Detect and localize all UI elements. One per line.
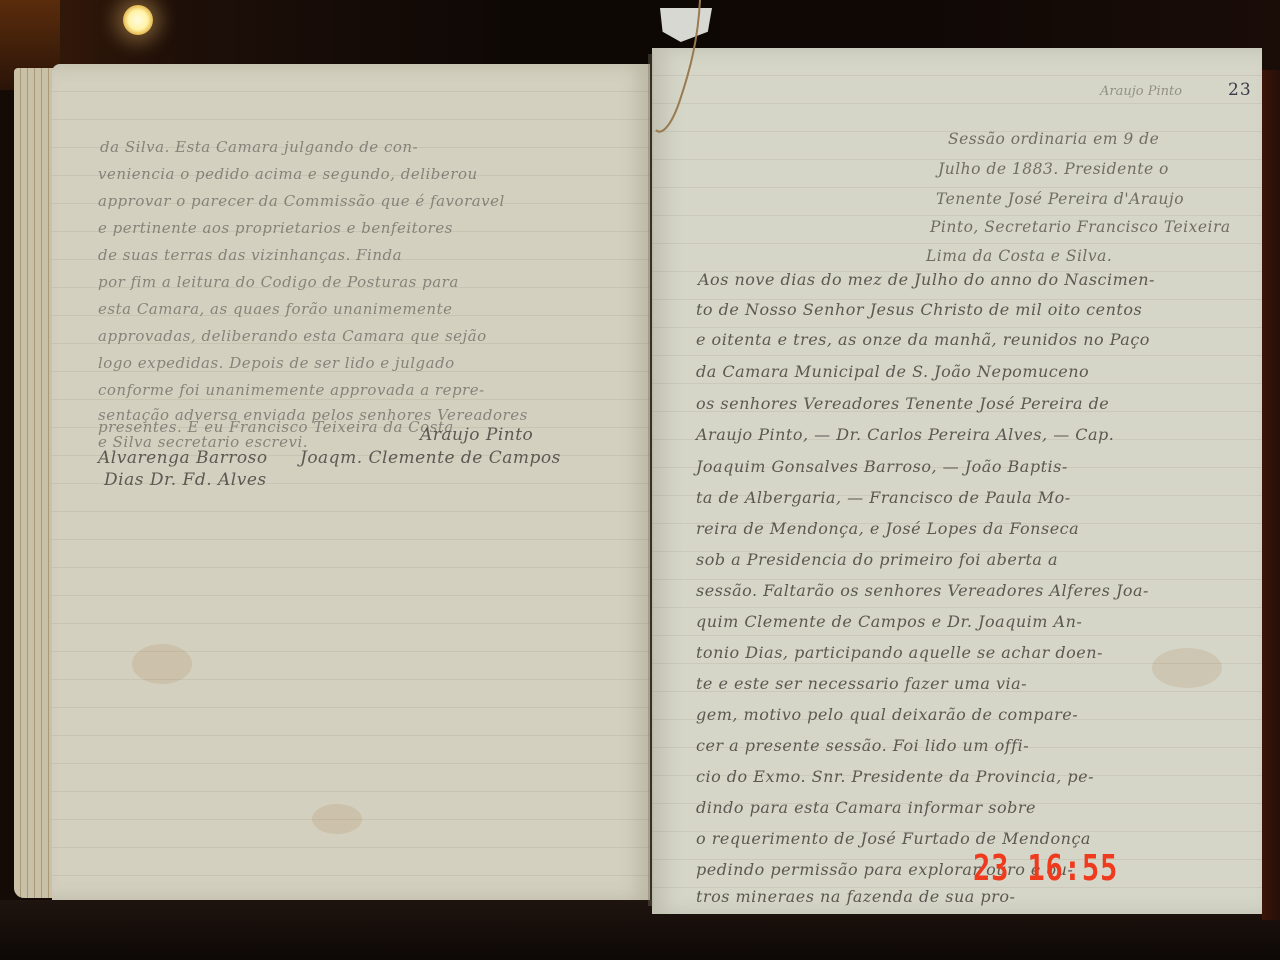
text-line: esta Camara, as quaes forão unanimemente [98, 300, 453, 318]
heading-line: Tenente José Pereira d'Araujo [936, 190, 1184, 208]
page-number: 23 [1228, 80, 1252, 100]
signature: Alvarenga Barroso [98, 448, 268, 468]
photo-scene: Araujo Pinto 23 Sessão ordinaria em 9 de… [0, 0, 1280, 960]
signature: Dias Dr. Fd. Alves [104, 470, 267, 490]
text-line: por fim a leitura do Codigo de Posturas … [98, 273, 459, 291]
text-line: sessão. Faltarão os senhores Vereadores … [696, 581, 1149, 600]
heading-line: Sessão ordinaria em 9 de [948, 130, 1159, 148]
text-line: cer a presente sessão. Foi lido um offi- [696, 736, 1029, 755]
text-line: approvar o parecer da Commissão que é fa… [98, 192, 505, 210]
signature: Araujo Pinto [420, 425, 533, 445]
text-line: e pertinente aos proprietarios e benfeit… [98, 219, 453, 237]
text-line: de suas terras das vizinhanças. Finda [98, 246, 402, 264]
text-line: Araujo Pinto, — Dr. Carlos Pereira Alves… [696, 425, 1114, 444]
text-line: Joaquim Gonsalves Barroso, — João Baptis… [696, 457, 1068, 476]
text-line: gem, motivo pelo qual deixarão de compar… [696, 705, 1078, 724]
book-cover-edge [1262, 70, 1280, 920]
text-line: da Silva. Esta Camara julgando de con- [100, 138, 418, 156]
signature: Joaqm. Clemente de Campos [300, 448, 561, 468]
text-line: da Camara Municipal de S. João Nepomucen… [696, 362, 1089, 381]
text-line: e oitenta e tres, as onze da manhã, reun… [696, 330, 1150, 349]
camera-timestamp: 23 16:55 [973, 848, 1118, 889]
text-line: to de Nosso Senhor Jesus Christo de mil … [696, 300, 1142, 319]
book-gutter [648, 54, 654, 906]
heading-line: Lima da Costa e Silva. [926, 247, 1112, 265]
heading-line: Pinto, Secretario Francisco Teixeira [930, 218, 1231, 236]
text-line: logo expedidas. Depois de ser lido e jul… [98, 354, 455, 372]
paper-stain [1152, 648, 1222, 688]
text-line: os senhores Vereadores Tenente José Pere… [696, 394, 1109, 413]
text-line: Aos nove dias do mez de Julho do anno do… [698, 270, 1155, 289]
paper-stain [312, 804, 362, 834]
text-line: cio do Exmo. Snr. Presidente da Provinci… [696, 767, 1094, 786]
text-line: o requerimento de José Furtado de Mendon… [696, 829, 1091, 848]
lamp-light [123, 5, 153, 35]
text-line: quim Clemente de Campos e Dr. Joaquim An… [696, 612, 1082, 631]
text-line: approvadas, deliberando esta Camara que … [98, 327, 487, 345]
text-line: tros mineraes na fazenda de sua pro- [696, 887, 1015, 906]
text-line: te e este ser necessario fazer uma via- [696, 674, 1027, 693]
text-line: conforme foi unanimemente approvada a re… [98, 381, 485, 399]
text-line: veniencia o pedido acima e segundo, deli… [98, 165, 478, 183]
heading-line: Julho de 1883. Presidente o [938, 160, 1169, 178]
text-line: tonio Dias, participando aquelle se acha… [696, 643, 1103, 662]
paper-stain [132, 644, 192, 684]
bookmark-string [650, 0, 710, 140]
text-line: reira de Mendonça, e José Lopes da Fonse… [696, 519, 1079, 538]
text-line: ta de Albergaria, — Francisco de Paula M… [696, 488, 1071, 507]
page-header-note: Araujo Pinto [1100, 84, 1182, 99]
text-line: sob a Presidencia do primeiro foi aberta… [696, 550, 1058, 569]
text-line: dindo para esta Camara informar sobre [696, 798, 1036, 817]
